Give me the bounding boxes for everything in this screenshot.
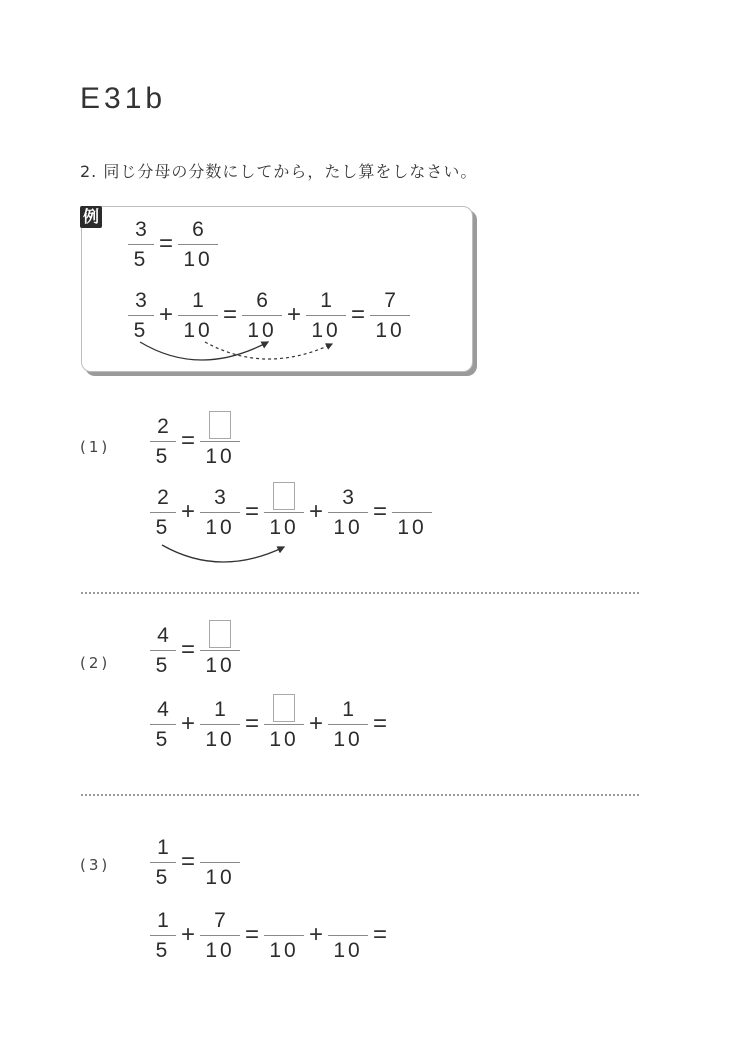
equals-sign: = <box>373 710 387 738</box>
fraction-answer[interactable]: 10 <box>328 907 368 963</box>
equals-sign: = <box>245 710 259 738</box>
fraction: 110 <box>328 696 368 752</box>
plus-sign: + <box>309 921 323 949</box>
equals-sign: = <box>181 848 195 876</box>
fraction: 45 <box>150 622 176 678</box>
fraction: 10 <box>264 696 304 752</box>
fraction: 15 <box>150 834 176 890</box>
problem-1-line-2: 25 + 310 = 10 + 310 = 10 <box>150 484 432 540</box>
fraction-answer[interactable]: 10 <box>200 834 240 890</box>
dashed-arrow-icon <box>205 342 332 359</box>
fraction: 110 <box>200 696 240 752</box>
answer-box[interactable] <box>209 411 231 439</box>
problem-1-line-1: 25 = 10 <box>150 413 240 469</box>
equals-sign: = <box>373 498 387 526</box>
problem-label-1: (1) <box>80 438 110 456</box>
problem-3-line-1: 15 = 10 <box>150 834 240 890</box>
fraction: 15 <box>150 907 176 963</box>
fraction-answer[interactable]: 10 <box>264 907 304 963</box>
answer-box[interactable] <box>273 482 295 510</box>
fraction: 10 <box>264 484 304 540</box>
dotted-divider <box>81 794 639 796</box>
fraction: 310 <box>200 484 240 540</box>
fraction: 25 <box>150 484 176 540</box>
problem-2-line-2: 45 + 110 = 10 + 110 = <box>150 696 392 752</box>
fraction: 10 <box>200 413 240 469</box>
solid-arrow-icon <box>162 545 284 562</box>
answer-box[interactable] <box>209 620 231 648</box>
problem-2-line-1: 45 = 10 <box>150 622 240 678</box>
fraction: 710 <box>200 907 240 963</box>
equals-sign: = <box>181 427 195 455</box>
plus-sign: + <box>181 710 195 738</box>
problem-label-2: (2) <box>80 654 110 672</box>
problem-3-line-2: 15 + 710 = 10 + 10 = <box>150 907 392 963</box>
plus-sign: + <box>309 498 323 526</box>
equals-sign: = <box>181 636 195 664</box>
equals-sign: = <box>373 921 387 949</box>
dotted-divider <box>81 592 639 594</box>
plus-sign: + <box>181 921 195 949</box>
problem-label-3: (3) <box>80 856 110 874</box>
fraction: 45 <box>150 696 176 752</box>
plus-sign: + <box>309 710 323 738</box>
fraction: 25 <box>150 413 176 469</box>
fraction-answer[interactable]: 10 <box>392 484 432 540</box>
fraction: 310 <box>328 484 368 540</box>
equals-sign: = <box>245 921 259 949</box>
answer-box[interactable] <box>273 694 295 722</box>
fraction: 10 <box>200 622 240 678</box>
equals-sign: = <box>245 498 259 526</box>
plus-sign: + <box>181 498 195 526</box>
solid-arrow-icon <box>140 342 268 360</box>
